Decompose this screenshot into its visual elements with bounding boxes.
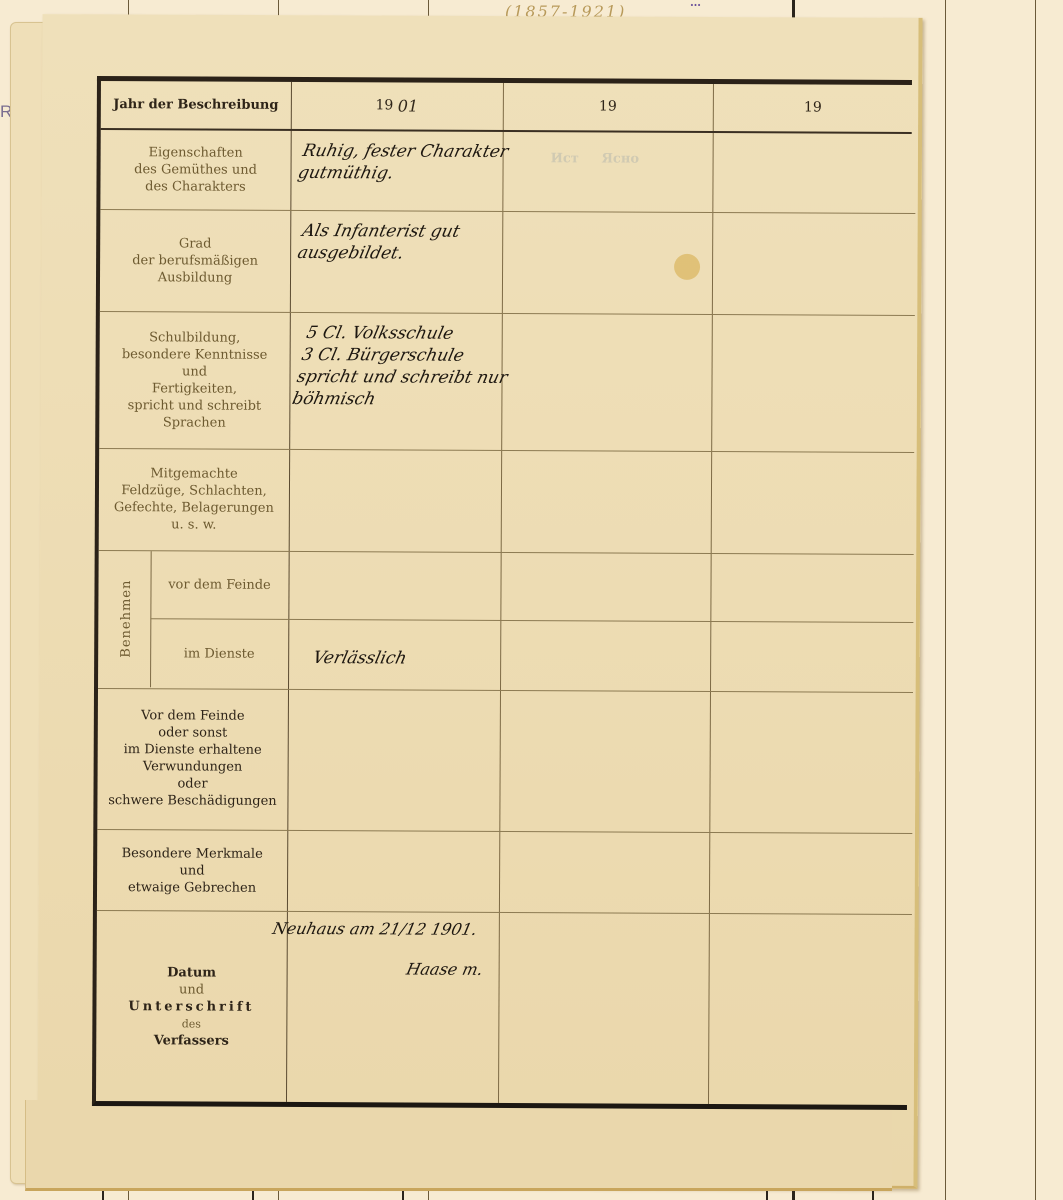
year-handwritten: 01 xyxy=(398,97,418,114)
year-column-2: 19 xyxy=(503,83,713,131)
label-line: Datum xyxy=(167,964,216,981)
entry-character-1901: Ruhig, fester Charakter gutmüthig. xyxy=(296,140,511,185)
label-line: Verfassers xyxy=(154,1032,229,1049)
row-label-schooling: Schulbildung, besondere Kenntnisse und F… xyxy=(99,312,290,449)
entry-training-1901: Als Infanterist gut ausgebildet. xyxy=(295,220,462,265)
ledger-line xyxy=(1035,0,1036,1200)
label-line: des xyxy=(182,1015,201,1032)
column-divider xyxy=(498,83,504,1103)
row-label-date-signature: Datum und Unterschrift des Verfassers xyxy=(96,911,287,1102)
bleed-through-text: Ист Ясно xyxy=(551,151,640,166)
row-label-distinguishing-marks: Besondere Merkmale und etwaige Gebrechen xyxy=(97,830,287,911)
label-line: und xyxy=(179,981,204,998)
paper-stain xyxy=(674,254,700,280)
entry-in-service-1901: Verlässlich xyxy=(311,647,409,669)
entry-date: Neuhaus am 21/12 1901. xyxy=(270,918,479,941)
benehmen-group-label: Benehmen xyxy=(119,579,134,659)
form-sheet-lower-edge xyxy=(25,1100,892,1191)
year-column-1: 19 01 xyxy=(291,82,503,130)
purple-stamp-fragment: … xyxy=(690,0,701,9)
year-column-3: 19 xyxy=(713,84,913,132)
year-printed: 19 xyxy=(599,98,617,115)
year-printed: 19 xyxy=(804,99,822,116)
entry-schooling-1901: 5 Cl. Volksschule 3 Cl. Bürgerschule spr… xyxy=(290,322,519,411)
row-label-character: Eigenschaften des Gemüthes und des Chara… xyxy=(100,130,290,209)
year-printed: 19 xyxy=(375,97,393,114)
description-form-table: Jahr der Beschreibung 19 01 19 19 Eigens… xyxy=(92,76,912,1110)
row-label-training: Grad der berufsmäßigen Ausbildung xyxy=(100,210,290,311)
ledger-line xyxy=(945,0,946,1200)
column-divider xyxy=(708,84,714,1104)
row-label-in-service: im Dienste xyxy=(150,619,288,688)
entry-signature: Haase m. xyxy=(404,959,485,981)
row-label-before-enemy: vor dem Feinde xyxy=(150,551,288,618)
header-label: Jahr der Beschreibung xyxy=(101,81,291,129)
label-line: Unterschrift xyxy=(128,998,254,1016)
row-label-campaigns: Mitgemachte Feldzüge, Schlachten, Gefech… xyxy=(99,449,289,550)
row-label-wounds: Vor dem Feinde oder sonst im Dienste erh… xyxy=(97,689,288,828)
